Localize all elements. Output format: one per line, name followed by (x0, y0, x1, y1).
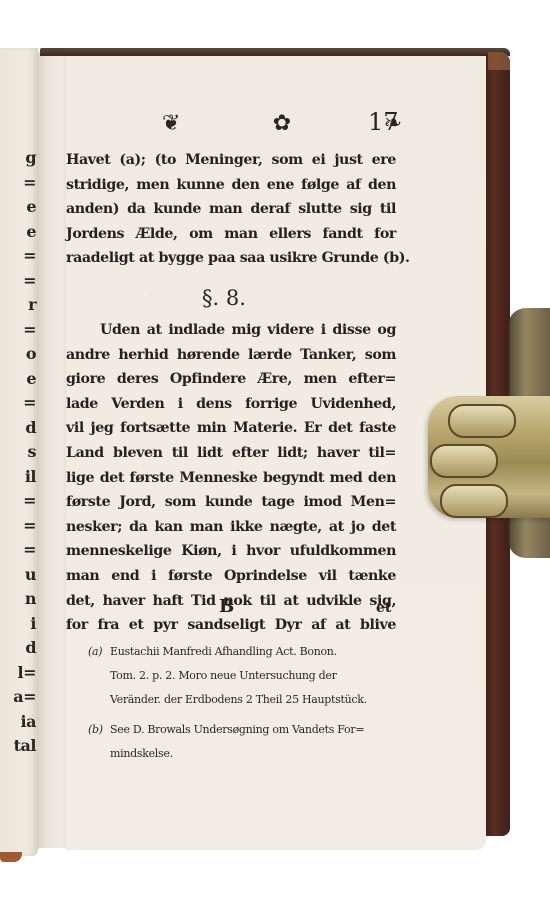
page-number: 17 (368, 108, 399, 136)
previous-page-fragment: = (23, 540, 36, 559)
previous-page-fragment: n (25, 589, 36, 608)
footnote-line: See D. Browals Undersøgning om Vandets F… (88, 718, 400, 742)
text-line: menneskelige Kiøn, i hvor ufuldkommen (66, 539, 396, 564)
brass-clasp (428, 308, 550, 558)
text-line: man end i første Oprindelse vil tænke (66, 564, 396, 589)
previous-page-fragment: a= (13, 687, 36, 706)
previous-page-fragment: g (25, 148, 36, 167)
previous-page-fragment: e (26, 369, 36, 388)
previous-page-fragment: d (25, 638, 36, 657)
footnote-a: (a) Eustachii Manfredi Afhandling Act. B… (88, 640, 400, 712)
previous-page-fragment: = (23, 271, 36, 290)
page-gutter (38, 52, 68, 848)
previous-page-fragment: ia (21, 712, 36, 731)
previous-page-fragment: = (23, 393, 36, 412)
text-line: anden) da kunde man deraf slutte sig til (66, 197, 396, 222)
catchword: et (376, 600, 391, 616)
paragraph-2: Uden at indlade mig videre i disse og an… (66, 318, 396, 638)
previous-page-fragment: il (25, 467, 36, 486)
footnote-b: (b) See D. Browals Undersøgning om Vande… (88, 718, 400, 766)
previous-page-fragment: i (30, 614, 36, 633)
footnote-marker: (b) (88, 718, 103, 742)
previous-page-fragment: = (23, 320, 36, 339)
footnote-line: Veränder. der Erdbodens 2 Theil 25 Haupt… (88, 688, 400, 712)
previous-page-fragment: r (28, 295, 36, 314)
previous-page-fragment: o (26, 344, 36, 363)
clasp-lobe-icon (430, 444, 498, 478)
text-line: giore deres Opfindere Ære, men efter= (66, 367, 396, 392)
text-line: Uden at indlade mig videre i disse og (66, 318, 396, 343)
text-line: lige det første Menneske begyndt med den (66, 466, 396, 491)
previous-page-fragment: = (23, 173, 36, 192)
page-header-ornaments: ❦ ✿ ❧ (162, 108, 402, 138)
previous-page-edge: g=ee==r=oe=dsil===unidl=a=iatal (0, 48, 38, 856)
text-line: Land bleven til lidt efter lidt; haver t… (66, 441, 396, 466)
previous-page-fragment: e (26, 222, 36, 241)
footnote-line: Tom. 2. p. 2. Moro neue Untersuchung der (88, 664, 400, 688)
footnote-line: mindskelse. (88, 742, 400, 766)
section-heading: §. 8. (202, 286, 246, 310)
signature-mark: B (219, 596, 234, 617)
footnotes: (a) Eustachii Manfredi Afhandling Act. B… (88, 640, 400, 766)
text-line: Havet (a); (to Meninger, som ei just ere (66, 148, 396, 173)
previous-page-fragment: l= (18, 663, 36, 682)
previous-page-fragment: e (26, 197, 36, 216)
text-line: vil jeg fortsætte min Materie. Er det fa… (66, 416, 396, 441)
previous-page-fragment: u (25, 565, 36, 584)
text-line: Jordens Ælde, om man ellers fandt for (66, 222, 396, 247)
previous-page-fragment: s (27, 442, 36, 461)
paragraph-1: Havet (a); (to Meninger, som ei just ere… (66, 148, 396, 271)
fleuron-left-icon: ❦ (162, 111, 180, 136)
clasp-lobe-icon (448, 404, 516, 438)
rosette-icon: ✿ (273, 111, 291, 136)
text-line: raadeligt at bygge paa saa usikre Grunde… (66, 246, 396, 271)
cover-corner-worn (488, 52, 510, 70)
footnote-line: Eustachii Manfredi Afhandling Act. Bonon… (88, 640, 400, 664)
text-line: nesker; da kan man ikke nægte, at jo det (66, 515, 396, 540)
right-page: ❦ ✿ ❧ 17 Havet (a); (to Meninger, som ei… (66, 56, 486, 850)
previous-page-fragment: d (25, 418, 36, 437)
previous-page-fragment: tal (14, 736, 36, 755)
text-line: lade Verden i dens forrige Uvidenhed, (66, 392, 396, 417)
text-line: stridige, men kunne den ene følge af den (66, 173, 396, 198)
clasp-lobe-icon (440, 484, 508, 518)
footnote-marker: (a) (88, 640, 102, 664)
text-line: andre herhid hørende lærde Tanker, som (66, 343, 396, 368)
previous-page-fragment: = (23, 516, 36, 535)
cover-corner-bottom-left (0, 852, 22, 862)
leather-cover-top-edge (40, 48, 510, 56)
previous-page-fragment: = (23, 246, 36, 265)
text-line: første Jord, som kunde tage imod Men= (66, 490, 396, 515)
previous-page-fragment: = (23, 491, 36, 510)
book-photo: g=ee==r=oe=dsil===unidl=a=iatal ❦ ✿ ❧ 17… (0, 0, 550, 900)
